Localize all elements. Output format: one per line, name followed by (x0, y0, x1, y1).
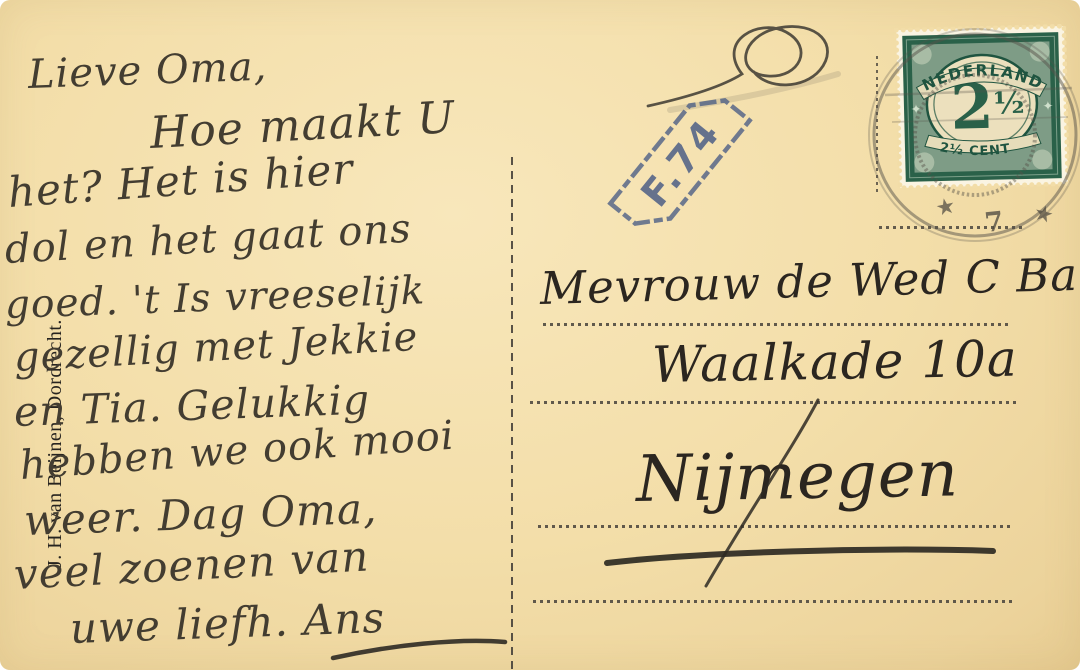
postmark-star-right: ★ (1031, 200, 1056, 229)
stamp-side-star-icon: ✦ (1042, 99, 1053, 114)
message-line: Lieve Oma, (27, 47, 268, 95)
postage-stamp: 2 ½ NEDERLAND 2½ CENT ✦ ✦ (894, 24, 1070, 190)
f74-handstamp: F.74 (580, 62, 790, 262)
message-line: gezellig met Jekkie (13, 317, 419, 378)
address-rule-1 (543, 323, 1011, 326)
postmark-star-left: ★ (933, 193, 958, 222)
address-rule-3 (538, 525, 1014, 528)
stamp-box-bottom-dotted-line (879, 226, 1022, 229)
address-street: Waalkade 10a (652, 334, 1019, 390)
stamp-value-fraction: ½ (993, 86, 1025, 122)
city-underline-stroke (607, 550, 993, 563)
address-city: Nijmegen (635, 442, 959, 512)
postmark-office-number: 7 (983, 206, 1005, 239)
address-rule-2 (530, 401, 1016, 404)
stamp-side-star-icon: ✦ (910, 102, 921, 117)
center-divider-dashed-line (511, 157, 513, 670)
address-rule-4 (533, 600, 1015, 603)
message-signature-line: uwe liefh. Ans (69, 597, 385, 650)
stamp-box-left-dotted-line (876, 56, 878, 194)
postcard-back: J. H. van Beijnen, Dordrecht. Lieve Oma,… (0, 0, 1080, 670)
signature-underline-stroke (333, 641, 505, 658)
